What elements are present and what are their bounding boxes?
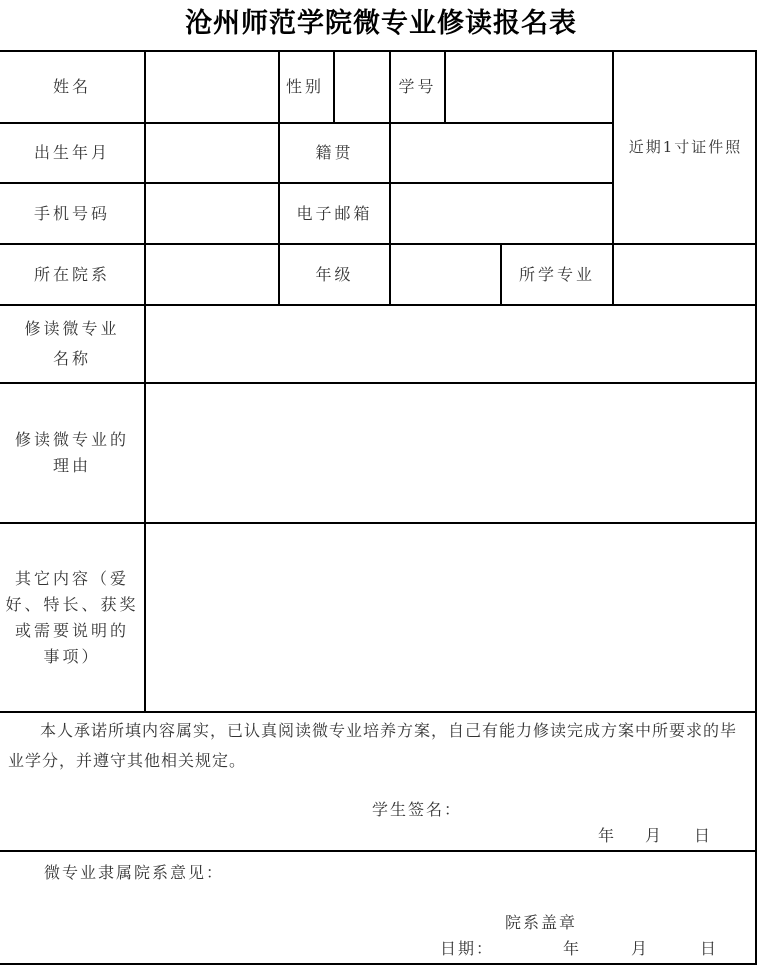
student-id-label: 学号: [391, 52, 444, 122]
major-field[interactable]: [614, 245, 757, 304]
birth-field[interactable]: [146, 124, 278, 182]
email-label: 电子邮箱: [280, 184, 389, 243]
email-field[interactable]: [391, 184, 612, 243]
photo-placeholder[interactable]: 近期1寸证件照: [614, 52, 757, 243]
phone-field[interactable]: [146, 184, 278, 243]
opinion-date-label: 日期：: [440, 936, 494, 959]
reason-field[interactable]: [146, 384, 757, 522]
grade-label: 年级: [280, 245, 389, 304]
reason-label: 修读微专业的 理由: [0, 384, 144, 522]
grade-field[interactable]: [391, 245, 500, 304]
student-signature-label: 学生签名：: [372, 797, 462, 820]
name-field[interactable]: [146, 52, 278, 122]
opinion-month-label: 月: [631, 936, 649, 959]
gender-label: 性别: [278, 52, 333, 122]
pledge-statement: 本人承诺所填内容属实，已认真阅读微专业培养方案，自己有能力修读完成方案中所要求的…: [8, 716, 753, 776]
page-title: 沧州师范学院微专业修读报名表: [0, 4, 762, 44]
opinion-day-label: 日: [700, 936, 718, 959]
native-place-field[interactable]: [391, 124, 612, 182]
department-opinion-label: 微专业隶属院系意见：: [44, 860, 224, 883]
phone-label: 手机号码: [0, 184, 144, 243]
opinion-year-label: 年: [563, 936, 581, 959]
photo-label: 近期1寸证件照: [629, 134, 743, 160]
native-place-label: 籍贯: [280, 124, 389, 182]
divider: [0, 711, 757, 713]
department-seal-label: 院系盖章: [505, 910, 577, 933]
micro-major-name-label: 修读微专业 名称: [0, 306, 144, 382]
birth-label: 出生年月: [0, 124, 144, 182]
department-opinion-field[interactable]: [44, 885, 744, 905]
major-label: 所学专业: [502, 245, 612, 304]
student-id-field[interactable]: [446, 52, 612, 122]
micro-major-name-field[interactable]: [146, 306, 757, 382]
name-label: 姓名: [0, 52, 144, 122]
divider: [0, 850, 757, 852]
other-info-field[interactable]: [146, 524, 757, 711]
department-label: 所在院系: [0, 245, 144, 304]
pledge-year-label: 年: [598, 823, 616, 846]
pledge-month-label: 月: [645, 823, 663, 846]
pledge-day-label: 日: [694, 823, 712, 846]
gender-field[interactable]: [335, 52, 389, 122]
department-field[interactable]: [146, 245, 278, 304]
other-info-label: 其它内容（爱 好、特长、获奖 或需要说明的 事项）: [0, 524, 144, 711]
student-signature-field[interactable]: [460, 792, 710, 818]
